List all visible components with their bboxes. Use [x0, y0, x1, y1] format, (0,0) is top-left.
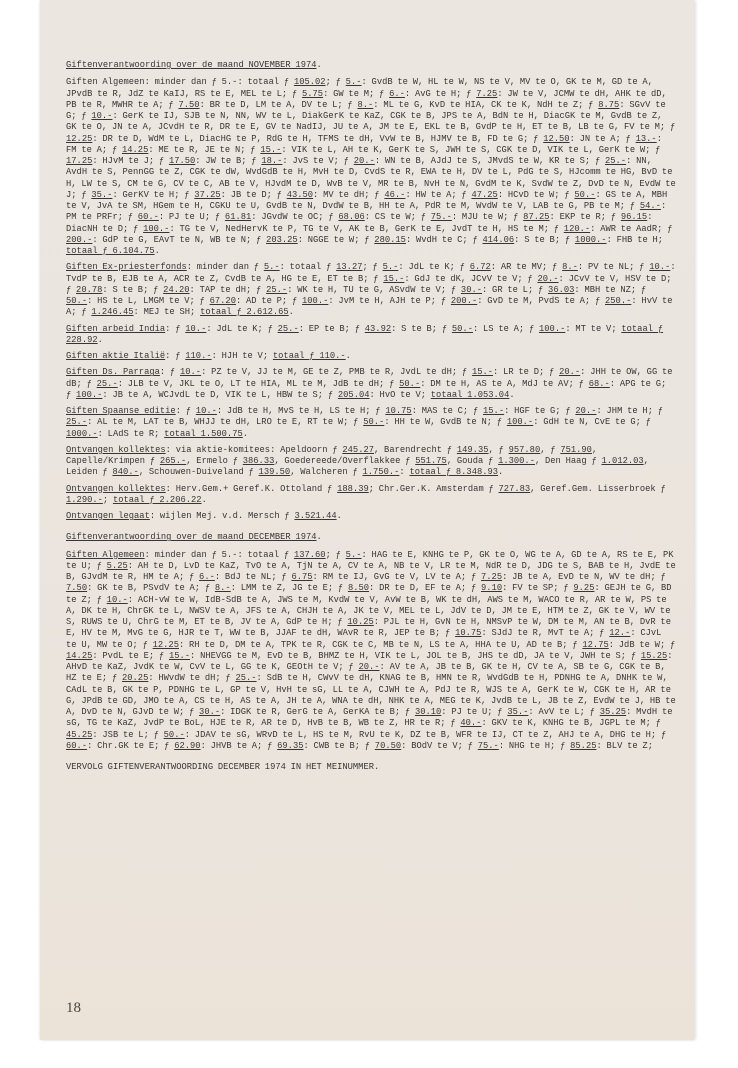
underlined-text: 20.25 [122, 673, 148, 683]
underlined-text: 5.- [346, 77, 362, 87]
underlined-text: Giften aktie Italië [66, 351, 165, 361]
underlined-text: 100.- [539, 324, 565, 334]
underlined-text: 30.- [461, 285, 482, 295]
text-run: : HWvdW te dH; ƒ [148, 673, 235, 683]
text-run: : NHEVGG te M, EvD te B, BHMZ te H, VIK … [190, 651, 641, 661]
text-run: : PvdL te E; ƒ [92, 651, 169, 661]
text-run: : LS te A; ƒ [473, 324, 539, 334]
underlined-text: totaal 1.500.75 [164, 429, 243, 439]
text-run: ; [103, 495, 113, 505]
text-run: : DM te H, AS te A, MdJ te AV; ƒ [420, 379, 588, 389]
donation-paragraph: Ontvangen legaat: wijlen Mej. v.d. Mersc… [66, 511, 676, 522]
underlined-text: 10.- [649, 262, 670, 272]
underlined-text: 12.75 [582, 640, 608, 650]
underlined-text: 110.- [185, 351, 211, 361]
underlined-text: totaal 1.053.04 [431, 390, 510, 400]
underlined-text: 20.- [575, 406, 596, 416]
text-run: : ƒ [165, 351, 185, 361]
text-run: : LMM te Z, JG te E; ƒ [231, 583, 348, 593]
text-run: . [498, 467, 503, 477]
text-run: . [155, 246, 160, 256]
text-run: : LAdS te R; [98, 429, 165, 439]
underlined-text: 25.- [266, 285, 287, 295]
donation-paragraph: Giften Spaanse editie: ƒ 10.-: JdB te H,… [66, 406, 676, 440]
text-run: : TAP te dH; ƒ [190, 285, 267, 295]
text-run: : HJvM te J; ƒ [92, 156, 169, 166]
text-run: : BOdV te V; ƒ [401, 741, 478, 751]
underlined-text: Giften arbeid India [66, 324, 165, 334]
underlined-text: 50.- [66, 296, 87, 306]
underlined-text: 60.- [138, 212, 159, 222]
underlined-text: Giften Spaanse editie [66, 406, 176, 416]
text-run: ; ƒ [326, 550, 346, 560]
text-run: : EKP te R; ƒ [550, 212, 621, 222]
underlined-text: 50.- [399, 379, 420, 389]
text-run: : PJ te U; ƒ [441, 707, 507, 717]
underlined-text: 3.521.44 [294, 511, 336, 521]
text-run: : BLV te Z; [596, 741, 652, 751]
underlined-text: 96.15 [621, 212, 647, 222]
text-run: : Chr.GK te E; ƒ [87, 741, 174, 751]
text-run: , Walcheren ƒ [290, 467, 362, 477]
underlined-text: 37.25 [194, 190, 220, 200]
underlined-text: 100.- [302, 296, 328, 306]
donation-paragraph: Giften Algemeen: minder dan ƒ 5.-: totaa… [66, 550, 676, 753]
underlined-text: 8.75 [598, 100, 619, 110]
text-run: : AWR te AadR; ƒ [590, 224, 672, 234]
text-run: . [243, 429, 248, 439]
underlined-text: Giftenverantwoording over de maand DECEM… [66, 532, 317, 542]
underlined-text: 15.- [472, 367, 493, 377]
text-run: , Ermelo ƒ [186, 456, 242, 466]
underlined-text: 15.25 [641, 651, 667, 661]
donation-paragraph: Giften arbeid India: ƒ 10.-: JdL te K; ƒ… [66, 324, 676, 347]
text-run: ; Chr.Ger.K. Amsterdam ƒ [369, 484, 499, 494]
underlined-text: 15.- [169, 651, 190, 661]
underlined-text: 68.06 [338, 212, 364, 222]
text-run: . [202, 495, 207, 505]
text-run: : S te B; ƒ [391, 324, 452, 334]
text-run: : HH te W, GvdB te N; ƒ [384, 417, 507, 427]
underlined-text: 13.- [636, 134, 657, 144]
underlined-text: Ontvangen kollektes [66, 484, 166, 494]
underlined-text: 100.- [507, 417, 533, 427]
underlined-text: 10.- [107, 595, 128, 605]
underlined-text: 10.- [180, 367, 201, 377]
underlined-text: 200.- [451, 296, 477, 306]
text-run: : RM te IJ, GvG te V, LV te A; ƒ [313, 572, 481, 582]
text-run: , Goedereede/Overflakkee ƒ [274, 456, 415, 466]
underlined-text: totaal ƒ 2.612.65 [200, 307, 289, 317]
underlined-text: 17.25 [66, 156, 92, 166]
underlined-text: 30.10 [415, 707, 441, 717]
underlined-text: 10.- [185, 324, 206, 334]
underlined-text: 1000.- [575, 235, 607, 245]
underlined-text: 1.300.- [498, 456, 535, 466]
text-run: : DR te D, EF te A; ƒ [369, 583, 481, 593]
text-run: : HW te A; ƒ [405, 190, 471, 200]
text-run: : JHVB te A; ƒ [201, 741, 278, 751]
text-run: VERVOLG GIFTENVERANTWOORDING DECEMBER 19… [66, 762, 379, 772]
text-run: : [399, 467, 409, 477]
text-run: , ƒ [489, 445, 509, 455]
underlined-text: 25.- [97, 379, 118, 389]
text-run: . [346, 351, 351, 361]
underlined-text: 7.25 [481, 572, 502, 582]
text-run: : FV te SP; ƒ [502, 583, 573, 593]
underlined-text: 8.- [215, 583, 231, 593]
underlined-text: Giften Algemeen [66, 550, 145, 560]
text-run: . [509, 390, 514, 400]
text-run: : HGF te G; ƒ [504, 406, 575, 416]
text-run: : GvD te M, PvdS te A; ƒ [477, 296, 605, 306]
underlined-text: 20.- [358, 662, 379, 672]
underlined-text: Ontvangen kollektes [66, 445, 166, 455]
text-run: : ML te G, KvD te HIA, CK te K, NdH te Z… [373, 100, 598, 110]
underlined-text: 15.- [260, 145, 281, 155]
underlined-text: 5.75 [302, 89, 323, 99]
text-run: : JvS te V; ƒ [282, 156, 353, 166]
underlined-text: 25.- [66, 417, 87, 427]
underlined-text: 12.- [609, 628, 630, 638]
text-run: : RH te D, DM te A, TPK te R, CGK te C, … [179, 640, 582, 650]
underlined-text: 751.90 [560, 445, 592, 455]
text-run: : AD te P; ƒ [236, 296, 302, 306]
text-run: : CWB te B; ƒ [304, 741, 375, 751]
donation-paragraph: Giften Ex-priesterfonds: minder dan ƒ 5.… [66, 262, 676, 318]
underlined-text: 8.50 [348, 583, 369, 593]
text-run: : BdJ te NL; ƒ [215, 572, 292, 582]
text-run: : HJH te V; [212, 351, 273, 361]
underlined-text: 727.83 [499, 484, 531, 494]
section-title: Giftenverantwoording over de maand DECEM… [66, 532, 676, 543]
text-run: : FHB te H; [607, 235, 663, 245]
text-run: : MBH te NZ; ƒ [574, 285, 646, 295]
text-run: : PJ te U; ƒ [159, 212, 225, 222]
underlined-text: 6.- [199, 572, 215, 582]
scanned-page: Giftenverantwoording over de maand NOVEM… [40, 0, 694, 1040]
text-run: : DR te D, WdM te L, DiacHG te P, RdG te… [92, 134, 543, 144]
text-run: : wijlen Mej. v.d. Mersch ƒ [150, 511, 295, 521]
underlined-text: 36.03 [548, 285, 574, 295]
text-run: ; ƒ [326, 77, 346, 87]
text-run: : totaal ƒ [280, 262, 336, 272]
text-run: : ƒ [176, 406, 196, 416]
text-run: , Gouda ƒ [447, 456, 498, 466]
underlined-text: 200.- [66, 235, 92, 245]
text-run: : JdB te H, MvS te H, LS te H; ƒ [217, 406, 385, 416]
text-run: : JLB te V, JKL te O, LT te HIA, ML te M… [118, 379, 399, 389]
underlined-text: 12.25 [153, 640, 179, 650]
text-run: , Geref.Gem. Lisserbroek ƒ [530, 484, 666, 494]
text-run: , Den Haag ƒ [535, 456, 602, 466]
underlined-text: 10.- [196, 406, 217, 416]
underlined-text: 67.20 [210, 296, 236, 306]
underlined-text: 14.25 [66, 651, 92, 661]
underlined-text: 13.27 [336, 262, 362, 272]
text-run: : WK te H, TU te G, ASvdW te V; ƒ [287, 285, 461, 295]
text-run: : GerKV te H; ƒ [112, 190, 194, 200]
text-run: . [289, 307, 294, 317]
underlined-text: 20.- [354, 156, 375, 166]
underlined-text: 18.- [261, 156, 282, 166]
underlined-text: 43.50 [287, 190, 313, 200]
text-run: ; ƒ [362, 262, 382, 272]
underlined-text: 12.25 [66, 134, 92, 144]
underlined-text: 87.25 [523, 212, 549, 222]
text-run: : JB te A, EvD te N, WV te dH; ƒ [502, 572, 666, 582]
text-run: : EP te B; ƒ [299, 324, 365, 334]
underlined-text: 45.25 [66, 730, 92, 740]
underlined-text: 7.50 [66, 583, 87, 593]
underlined-text: 12.50 [543, 134, 569, 144]
text-run: , Barendrecht ƒ [374, 445, 457, 455]
text-run: . [317, 60, 322, 70]
underlined-text: 14.25 [122, 145, 148, 155]
underlined-text: 551.75 [415, 456, 447, 466]
text-run: : JN te A; ƒ [570, 134, 636, 144]
text-run: : LR te D; ƒ [493, 367, 559, 377]
underlined-text: 10.- [91, 111, 112, 121]
page-number: 18 [66, 1000, 81, 1017]
underlined-text: 1.750.- [362, 467, 399, 477]
text-run: : MAS te C; ƒ [412, 406, 483, 416]
text-run: : GR te L; ƒ [482, 285, 548, 295]
text-run: : MV te dH; ƒ [313, 190, 384, 200]
underlined-text: 8.- [357, 100, 373, 110]
text-run: : MEJ te SH; [134, 307, 201, 317]
text-run: : GdH te N, CvE te G; ƒ [533, 417, 651, 427]
underlined-text: 15.- [383, 274, 404, 284]
text-run: : AvV te L; ƒ [528, 707, 599, 717]
underlined-text: 10.75 [385, 406, 411, 416]
underlined-text: 203.25 [266, 235, 298, 245]
underlined-text: 414.06 [483, 235, 515, 245]
underlined-text: 5.- [264, 262, 280, 272]
underlined-text: 100.- [143, 224, 169, 234]
underlined-text: 50.- [574, 190, 595, 200]
text-run: : NHG te H; ƒ [499, 741, 570, 751]
text-run: : S te B; ƒ [514, 235, 575, 245]
text-run: . [337, 511, 342, 521]
text-run: : JB te D; ƒ [221, 190, 287, 200]
underlined-text: Giften Ex-priesterfonds [66, 262, 187, 272]
underlined-text: 7.50 [178, 100, 199, 110]
text-run: : IDGK te R, GerG te A, GerKA te B; ƒ [220, 707, 415, 717]
text-run: : GdP te G, EAvT te N, WB te N; ƒ [92, 235, 266, 245]
underlined-text: 840.- [112, 467, 138, 477]
text-run: : JvM te H, AJH te P; ƒ [328, 296, 451, 306]
text-run: : GW te M; ƒ [323, 89, 389, 99]
underlined-text: 100.- [76, 390, 102, 400]
donation-paragraph: Giften Algemeen: minder dan ƒ 5.-: totaa… [66, 77, 676, 257]
text-run: : JW te B; ƒ [195, 156, 261, 166]
text-run: : JSB te L; ƒ [92, 730, 163, 740]
underlined-text: 24.20 [163, 285, 189, 295]
underlined-text: 386.33 [243, 456, 275, 466]
donation-paragraph: Giften aktie Italië: ƒ 110.-: HJH te V; … [66, 351, 676, 362]
donation-paragraph: Ontvangen kollektes: Herv.Gem.+ Geref.K.… [66, 484, 676, 507]
text-run: : PV te NL; ƒ [578, 262, 649, 272]
underlined-text: 6.75 [291, 572, 312, 582]
underlined-text: 35.25 [600, 707, 626, 717]
text-run: : JGvdW te OC; ƒ [251, 212, 338, 222]
underlined-text: 70.50 [375, 741, 401, 751]
text-run: : MJU te W; ƒ [452, 212, 523, 222]
underlined-text: 9.10 [481, 583, 502, 593]
text-run: : CS te W; ƒ [365, 212, 431, 222]
underlined-text: 250.- [605, 296, 631, 306]
text-run: : WN te B, AJdJ te S, JMvdS te W, KR te … [375, 156, 605, 166]
text-run: : MT te V; [565, 324, 621, 334]
underlined-text: 85.25 [570, 741, 596, 751]
text-run: : ƒ [165, 324, 185, 334]
text-run: : JHM te H; ƒ [596, 406, 663, 416]
text-run: : minder dan ƒ [187, 262, 264, 272]
underlined-text: totaal ƒ 110.- [273, 351, 346, 361]
underlined-text: 245.27 [342, 445, 374, 455]
underlined-text: 25.- [278, 324, 299, 334]
text-run: : via aktie-komitees: Apeldoorn ƒ [166, 445, 343, 455]
text-run: : ƒ [160, 367, 180, 377]
underlined-text: 47.25 [471, 190, 497, 200]
text-run: : minder dan ƒ 5.-: totaal ƒ [145, 550, 294, 560]
text-run: : JB te A, WCJvdL te D, VIK te L, HBW te… [102, 390, 337, 400]
text-run: : Herv.Gem.+ Geref.K. Ottoland ƒ [166, 484, 337, 494]
section-title: Giftenverantwoording over de maand NOVEM… [66, 60, 676, 71]
underlined-text: 15.- [483, 406, 504, 416]
text-run: : minder dan ƒ 5.-: totaal ƒ [145, 77, 294, 87]
underlined-text: 120.- [564, 224, 590, 234]
underlined-text: 105.02 [294, 77, 326, 87]
underlined-text: 50.- [363, 417, 384, 427]
underlined-text: 188.39 [337, 484, 369, 494]
underlined-text: totaal ƒ 8.348.93 [409, 467, 498, 477]
underlined-text: 35.- [507, 707, 528, 717]
underlined-text: 205.04 [338, 390, 370, 400]
underlined-text: 20.78 [76, 285, 102, 295]
underlined-text: 17.50 [169, 156, 195, 166]
underlined-text: 25.- [235, 673, 256, 683]
underlined-text: 62.90 [174, 741, 200, 751]
text-run: : PZ te V, JJ te M, GE te Z, PMB te R, J… [201, 367, 472, 377]
underlined-text: 5.25 [107, 561, 128, 571]
underlined-text: 60.- [66, 741, 87, 751]
underlined-text: 54.- [640, 201, 661, 211]
underlined-text: totaal ƒ 6.104.75 [66, 246, 155, 256]
text-run: : S te B; ƒ [102, 285, 163, 295]
underlined-text: 139.50 [259, 467, 291, 477]
underlined-text: 6.72 [470, 262, 491, 272]
donation-paragraph: Giften Ds. Parraga: ƒ 10.-: PZ te V, JJ … [66, 367, 676, 401]
text-run: : WvdH te C; ƒ [406, 235, 483, 245]
text-run: : GKV te K, KNHG te B, JGPL te M; ƒ [481, 718, 660, 728]
underlined-text: 149.35 [457, 445, 489, 455]
text-run: . [98, 335, 103, 345]
text-run: : HCvD te W; ƒ [498, 190, 575, 200]
text-run: : JDAV te sG, WRvD te L, HS te M, RvU te… [185, 730, 666, 740]
underlined-text: 1.290.- [66, 495, 103, 505]
underlined-text: 35.- [91, 190, 112, 200]
underlined-text: 25.- [605, 156, 626, 166]
underlined-text: 50.- [164, 730, 185, 740]
underlined-text: 1.012.03 [602, 456, 644, 466]
text-run: , ƒ [540, 445, 560, 455]
underlined-text: 69.35 [277, 741, 303, 751]
underlined-text: 265.- [160, 456, 186, 466]
underlined-text: 1000.- [66, 429, 98, 439]
text-run: : AvG te H; ƒ [405, 89, 476, 99]
underlined-text: 75.- [478, 741, 499, 751]
underlined-text: 10.25 [347, 617, 373, 627]
text-run: : JdL te K; ƒ [398, 262, 469, 272]
underlined-text: 75.- [431, 212, 452, 222]
underlined-text: 957.80 [509, 445, 541, 455]
underlined-text: 20.- [537, 274, 558, 284]
underlined-text: 1.246.45 [91, 307, 133, 317]
text-run: : AL te M, LAT te B, WHJJ te dH, LRO te … [87, 417, 363, 427]
underlined-text: Ontvangen legaat [66, 511, 150, 521]
text-run: Giften Algemeen [66, 77, 145, 87]
underlined-text: 6.- [389, 89, 405, 99]
text-run: : ME te R, JE te N; ƒ [148, 145, 260, 155]
continuation-note: VERVOLG GIFTENVERANTWOORDING DECEMBER 19… [66, 762, 676, 773]
text-run: : JdL te K; ƒ [206, 324, 277, 334]
underlined-text: totaal ƒ 2.206.22 [113, 495, 202, 505]
text-run: : JdB te W; ƒ [609, 640, 676, 650]
text-run: : HS te L, LMGM te V; ƒ [87, 296, 210, 306]
underlined-text: 5.- [346, 550, 362, 560]
underlined-text: Giftenverantwoording over de maand NOVEM… [66, 60, 317, 70]
text-run: : HvO te V; [370, 390, 431, 400]
text-run: : TG te V, NedHervK te P, TG te V, AK te… [169, 224, 563, 234]
text-run: : AR te MV; ƒ [491, 262, 562, 272]
text-run: : GerK te IJ, SJB te N, NN, WV te L, Dia… [66, 111, 675, 132]
underlined-text: 68.- [589, 379, 610, 389]
underlined-text: 9.25 [573, 583, 594, 593]
underlined-text: Giften Ds. Parraga [66, 367, 160, 377]
underlined-text: 30.- [199, 707, 220, 717]
underlined-text: 40.- [460, 718, 481, 728]
text-run: . [317, 532, 322, 542]
text-run: , Schouwen-Duiveland ƒ [139, 467, 259, 477]
text-run: : NGGE te W; ƒ [298, 235, 375, 245]
underlined-text: 20.- [559, 367, 580, 377]
underlined-text: 280.15 [374, 235, 406, 245]
underlined-text: 10.75 [455, 628, 481, 638]
text-run: : SJdJ te R, MvT te A; ƒ [481, 628, 609, 638]
underlined-text: 46.- [384, 190, 405, 200]
underlined-text: 8.- [562, 262, 578, 272]
underlined-text: 7.25 [476, 89, 497, 99]
underlined-text: 137.60 [294, 550, 326, 560]
underlined-text: 43.92 [365, 324, 391, 334]
text-run: : GK te B, PSvdV te A; ƒ [87, 583, 215, 593]
text-run: : VIK te L, AH te K, GerK te S, JWH te S… [281, 145, 660, 155]
underlined-text: 5.- [383, 262, 399, 272]
document-body: Giftenverantwoording over de maand NOVEM… [66, 60, 676, 778]
text-run: : BR te D, LM te A, DV te L; ƒ [200, 100, 358, 110]
underlined-text: 61.81 [225, 212, 251, 222]
donation-paragraph: Ontvangen kollektes: via aktie-komitees:… [66, 445, 676, 479]
text-run: : GdJ te dK, JCvV te V; ƒ [404, 274, 537, 284]
underlined-text: 50.- [452, 324, 473, 334]
